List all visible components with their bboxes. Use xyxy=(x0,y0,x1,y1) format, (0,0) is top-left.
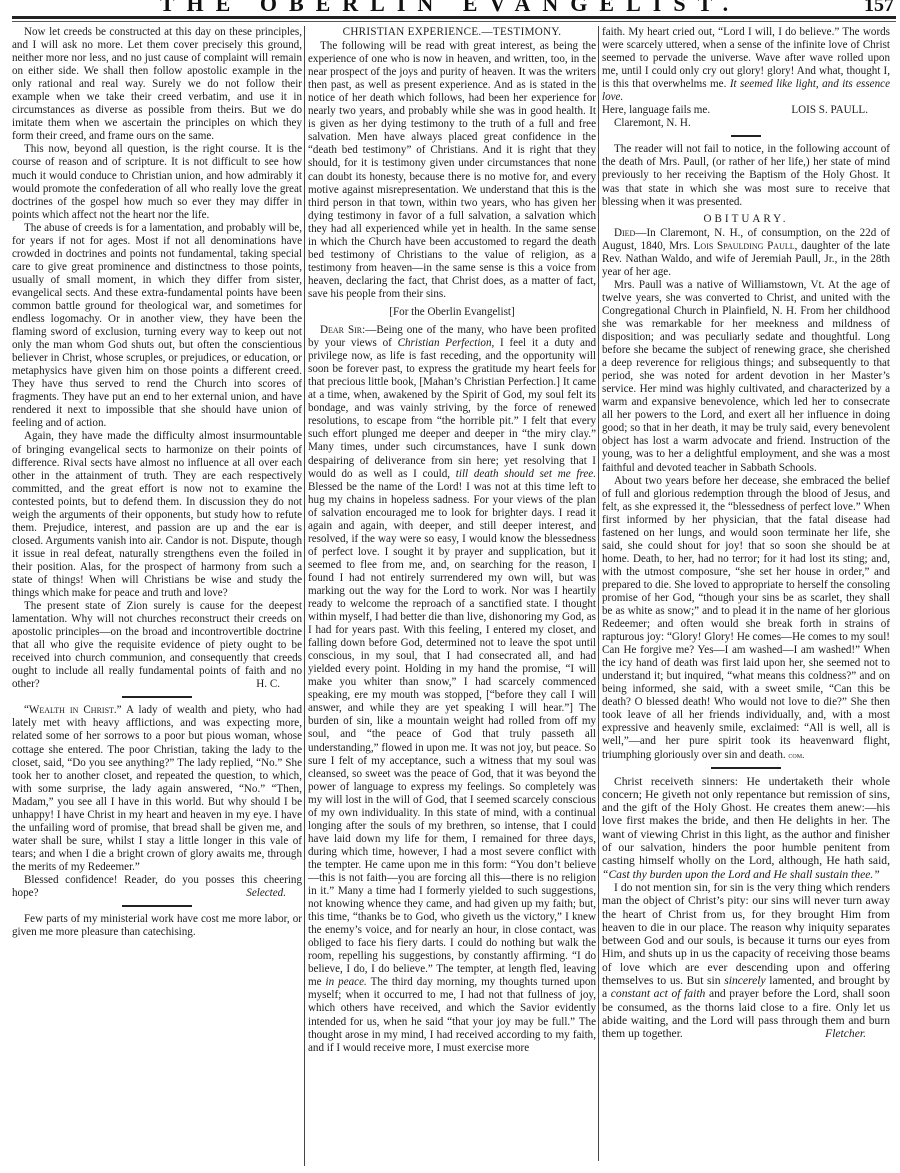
obituary-paragraph: About two years before her decease, she … xyxy=(602,475,890,762)
died-label: Died xyxy=(614,227,635,239)
article-paragraph: Few parts of my ministerial work have co… xyxy=(12,913,302,939)
paragraph-text: Christ receiveth sinners: He undertaketh… xyxy=(602,775,890,868)
obituary-paragraph: Mrs. Paull was a native of Williamstown,… xyxy=(602,279,890,475)
section-divider xyxy=(731,135,761,137)
emphasis-text: in peace. xyxy=(326,976,367,988)
article-paragraph: Again, they have made the difficulty alm… xyxy=(12,430,302,600)
intro-paragraph: The following will be read with great in… xyxy=(308,40,596,301)
wealth-in-christ-article: “Wealth in Christ.” A lady of wealth and… xyxy=(12,704,302,900)
article-paragraph: Christ receiveth sinners: He undertaketh… xyxy=(602,775,890,881)
fletcher-article: Christ receiveth sinners: He undertaketh… xyxy=(602,775,890,1041)
scripture-quote: “Cast thy burden upon the Lord and He sh… xyxy=(602,868,880,881)
article-paragraph: The present state of Zion surely is caus… xyxy=(12,600,302,691)
letter-text: Blessed be the name of the Lord! I was n… xyxy=(308,481,596,989)
article-paragraph: I do not mention sin, for sin is the ver… xyxy=(602,881,890,1041)
emphasis-text: sincerely xyxy=(724,974,765,987)
obituary-heading: OBITUARY. xyxy=(602,213,890,226)
obituary-signature: com. xyxy=(788,750,804,760)
article-paragraph: Now let creeds be constructed at this da… xyxy=(12,26,302,143)
letter-text: , I feel it a duty and privilege now, as… xyxy=(308,337,596,479)
article-paragraph: “Wealth in Christ.” A lady of wealth and… xyxy=(12,704,302,874)
section-divider xyxy=(122,696,192,698)
letter-continuation: faith. My heart cried out, “Lord I will,… xyxy=(602,26,890,130)
column-divider-2 xyxy=(598,26,599,1161)
source-attribution: Selected. xyxy=(234,887,302,900)
author-attribution: Fletcher. xyxy=(813,1027,890,1040)
creeds-article: Now let creeds be constructed at this da… xyxy=(12,26,302,691)
newspaper-title: THE OBERLIN EVANGELIST. xyxy=(0,0,900,17)
letter-closing-row: Here, language fails me.LOIS S. PAULL. xyxy=(602,104,890,117)
letter-text: faith. My heart cried out, “Lord I will,… xyxy=(602,26,890,104)
deceased-name: Lois Spaulding Paull xyxy=(694,240,795,252)
letter-place: Claremont, N. H. xyxy=(602,117,890,130)
emphasis-text: till death should set me free. xyxy=(456,468,596,480)
emphasis-text: constant act of faith xyxy=(611,987,706,1000)
column-3: faith. My heart cried out, “Lord I will,… xyxy=(602,26,890,1041)
letter-signature: LOIS S. PAULL. xyxy=(791,104,890,117)
article-title: “Wealth in Christ.” xyxy=(24,704,122,716)
masthead-rule-thick xyxy=(12,16,896,19)
obituary-notice: Died—In Claremont, N. H., of consumption… xyxy=(602,227,890,279)
author-initials: H. C. xyxy=(244,678,302,691)
masthead-rule-thin xyxy=(12,21,896,22)
section-divider xyxy=(122,905,192,907)
article-heading: CHRISTIAN EXPERIENCE.—TESTIMONY. xyxy=(308,26,596,39)
page-number: 157 xyxy=(864,0,894,17)
column-2: CHRISTIAN EXPERIENCE.—TESTIMONY. The fol… xyxy=(308,26,596,1055)
closing-text: Here, language fails me. xyxy=(602,104,710,117)
column-divider-1 xyxy=(304,26,305,1166)
letter-body: Dear Sir:—Being one of the many, who hav… xyxy=(308,324,596,1055)
paragraph-text: The present state of Zion surely is caus… xyxy=(12,600,302,690)
column-1: Now let creeds be constructed at this da… xyxy=(12,26,302,939)
article-paragraph: Blessed confidence! Reader, do you posse… xyxy=(12,874,302,900)
section-divider xyxy=(711,767,781,769)
article-paragraph: The abuse of creeds is for a lamentation… xyxy=(12,222,302,431)
paragraph-text: A lady of wealth and piety, who had late… xyxy=(12,704,302,873)
source-line: [For the Oberlin Evangelist] xyxy=(308,306,596,319)
obituary-text: About two years before her decease, she … xyxy=(602,475,890,761)
editor-note: The reader will not fail to notice, in t… xyxy=(602,143,890,208)
article-paragraph: This now, beyond all question, is the ri… xyxy=(12,143,302,221)
paragraph-text: I do not mention sin, for sin is the ver… xyxy=(602,881,890,987)
book-title: Christian Perfection xyxy=(398,337,492,349)
catechising-article: Few parts of my ministerial work have co… xyxy=(12,913,302,939)
salutation: Dear Sir: xyxy=(320,324,365,336)
